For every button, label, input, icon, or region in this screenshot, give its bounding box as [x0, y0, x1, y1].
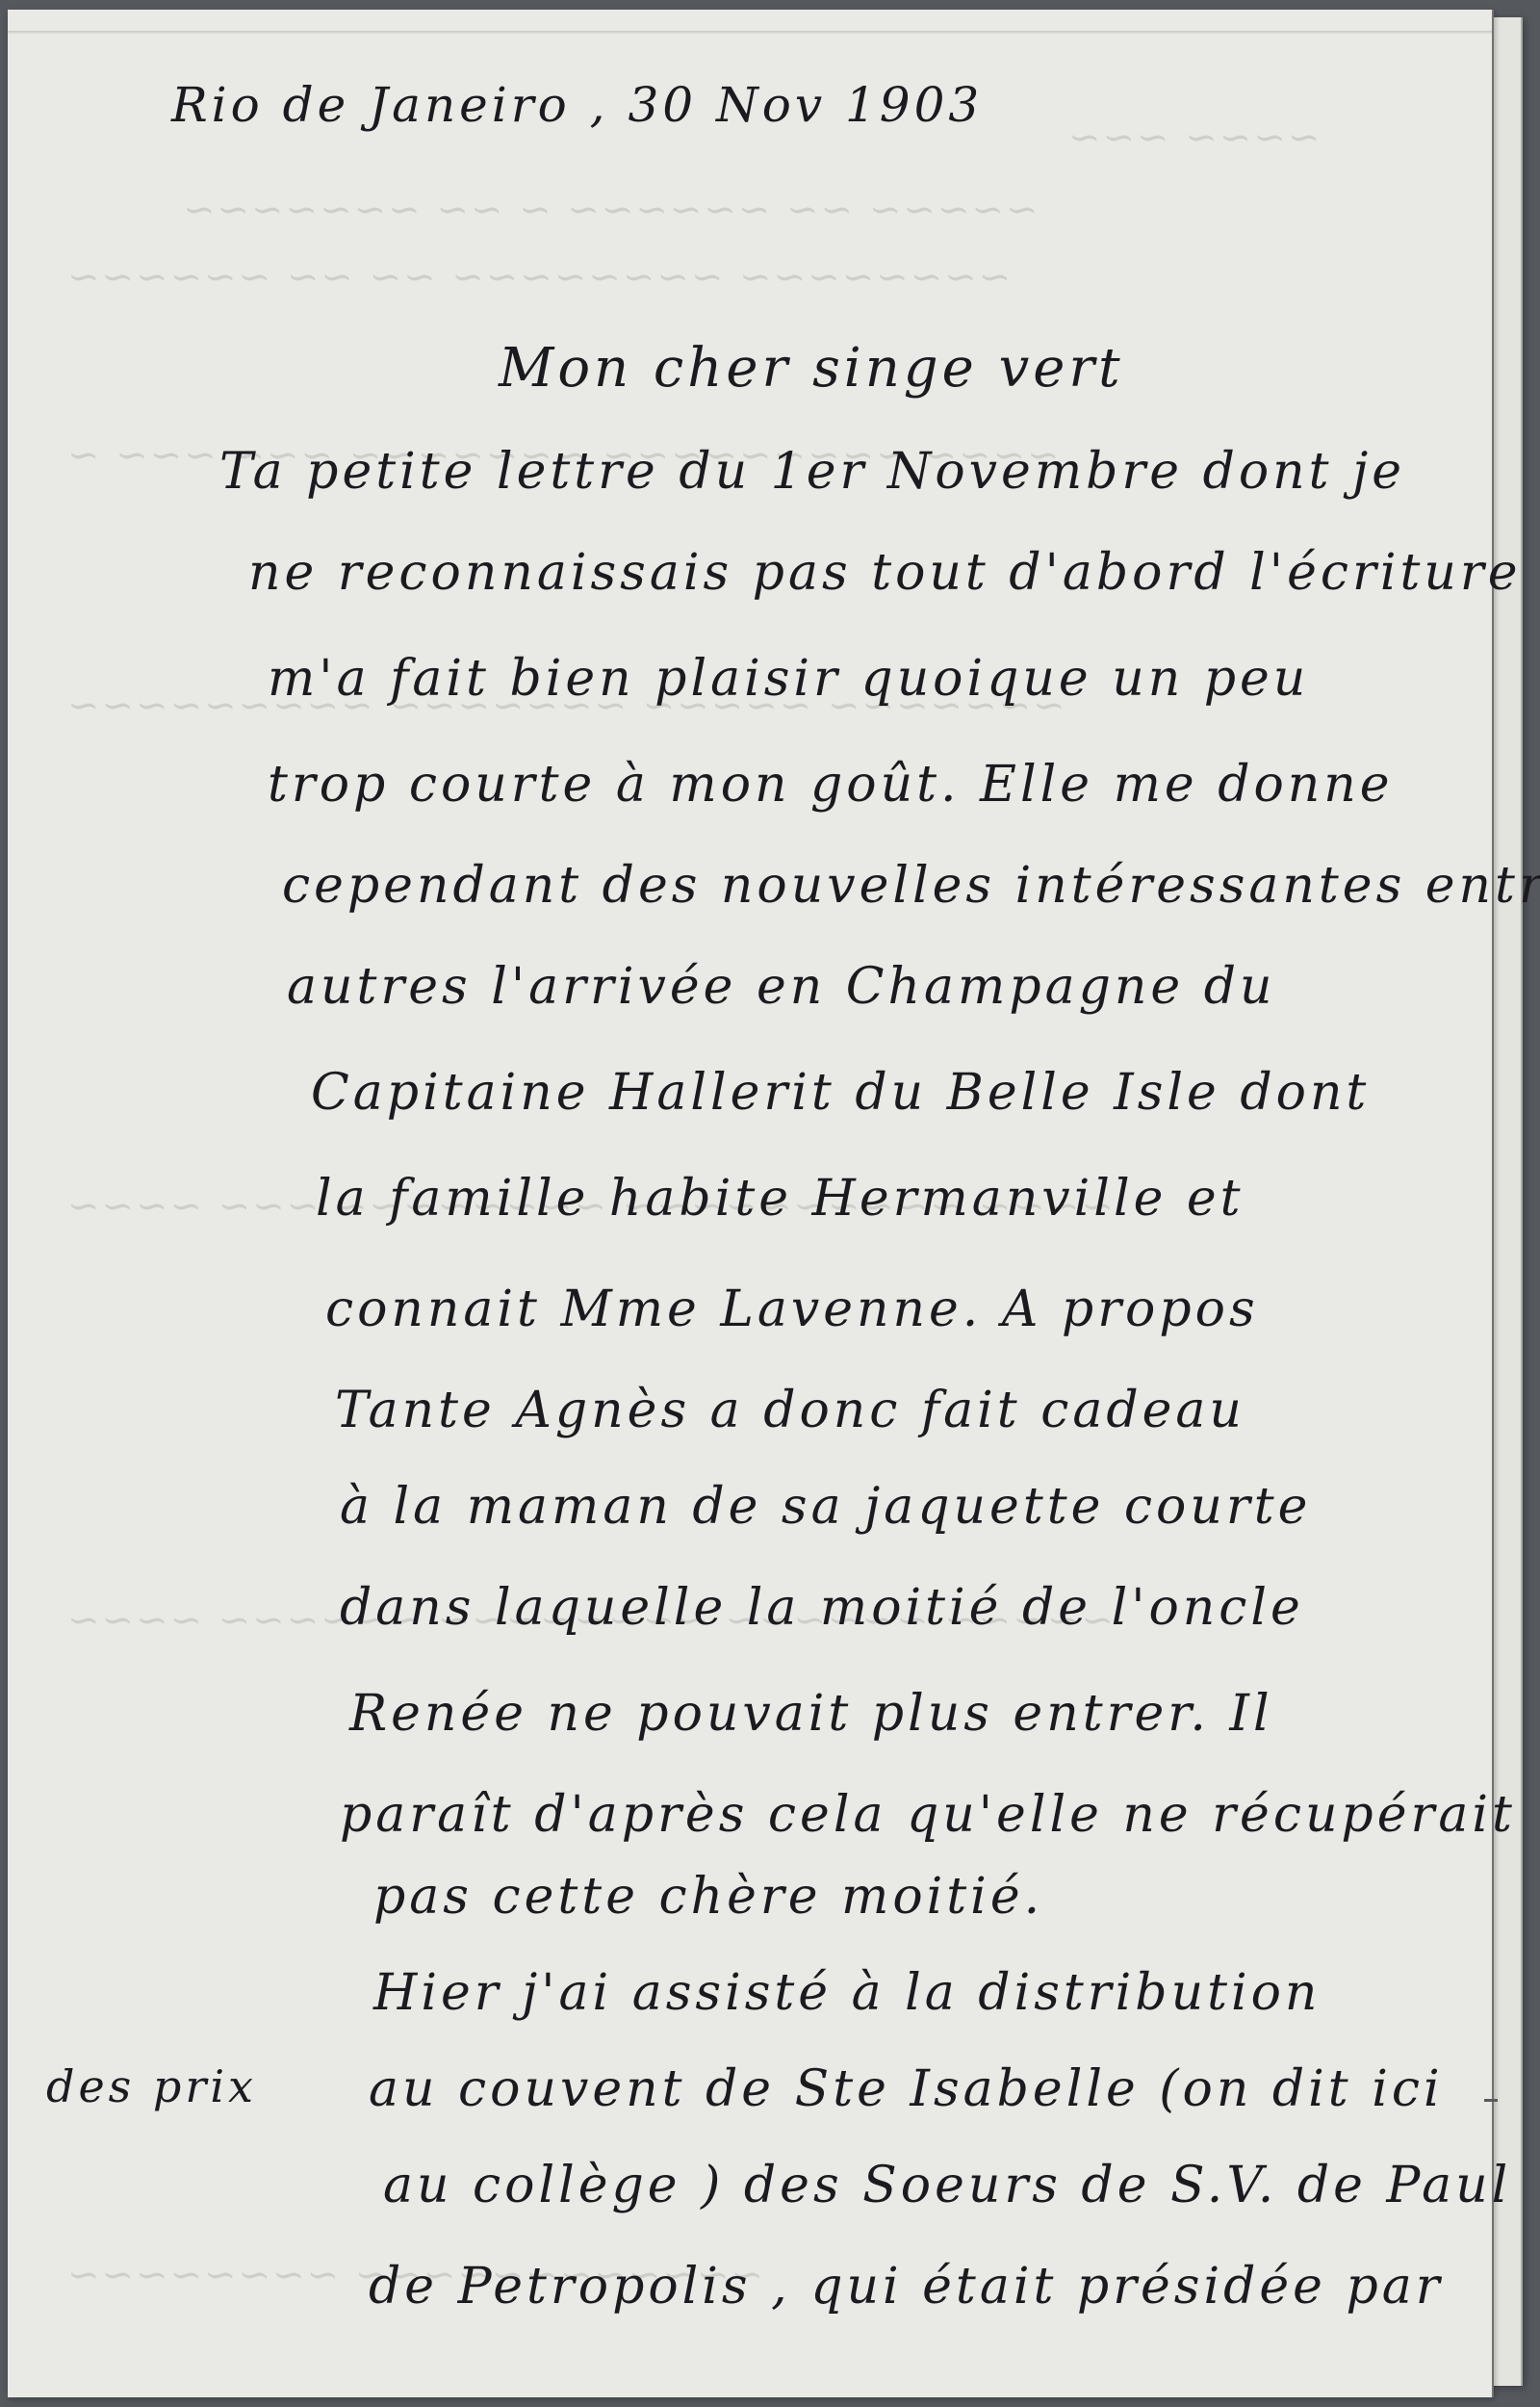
body-line: connait Mme Lavenne. A propos	[325, 1281, 1259, 1338]
body-line: au collège ) des Soeurs de S.V. de Paul	[383, 2157, 1511, 2214]
salutation: Mon cher singe vert	[499, 337, 1124, 400]
body-line: m'a fait bien plaisir quoique un peu	[268, 650, 1309, 708]
body-line: paraît d'après cela qu'elle ne récupérai…	[340, 1786, 1516, 1844]
body-line: dans laquelle la moitié de l'oncle	[340, 1579, 1304, 1637]
bleed-through-text: ~~~~~~~~ ~~~~~~~~ ~~ ~~ ~~~~~~	[65, 255, 1011, 299]
body-line: Hier j'ai assisté à la distribution	[373, 1964, 1321, 2022]
body-line: autres l'arrivée en Champagne du	[287, 958, 1276, 1016]
bleed-through-text: ~~~~ ~~~	[1066, 116, 1320, 160]
edge-mark	[1484, 2099, 1498, 2102]
body-line: ne reconnaissais pas tout d'abord l'écri…	[248, 544, 1522, 602]
body-line: Ta petite lettre du 1er Novembre dont je	[219, 443, 1405, 501]
body-line: de Petropolis , qui était présidée par	[369, 2258, 1444, 2316]
body-line: Tante Agnès a donc fait cadeau	[335, 1382, 1245, 1439]
bleed-through-text: ~~~~~ ~~ ~~~~~~ ~ ~~ ~~~~~~~	[181, 188, 1038, 232]
body-line: trop courte à mon goût. Elle me donne	[268, 756, 1394, 814]
body-line: Capitaine Hallerit du Belle Isle dont	[311, 1064, 1370, 1122]
body-line: cependant des nouvelles intéressantes en…	[282, 857, 1540, 915]
body-line: la famille habite Hermanville et	[316, 1170, 1245, 1228]
body-line: au couvent de Ste Isabelle (on dit ici	[369, 2060, 1444, 2118]
margin-note: des prix	[46, 2060, 257, 2112]
body-line: pas cette chère moitié.	[373, 1868, 1043, 1926]
letter-date-line: Rio de Janeiro , 30 Nov 1903	[171, 77, 983, 133]
body-line: à la maman de sa jaquette courte	[340, 1478, 1311, 1536]
top-fold-line	[8, 31, 1492, 34]
letter-page: ~~~~ ~~~ ~~~~~ ~~ ~~~~~~ ~ ~~ ~~~~~~~ ~~…	[8, 10, 1494, 2397]
body-line: Renée ne pouvait plus entrer. Il	[349, 1685, 1273, 1743]
